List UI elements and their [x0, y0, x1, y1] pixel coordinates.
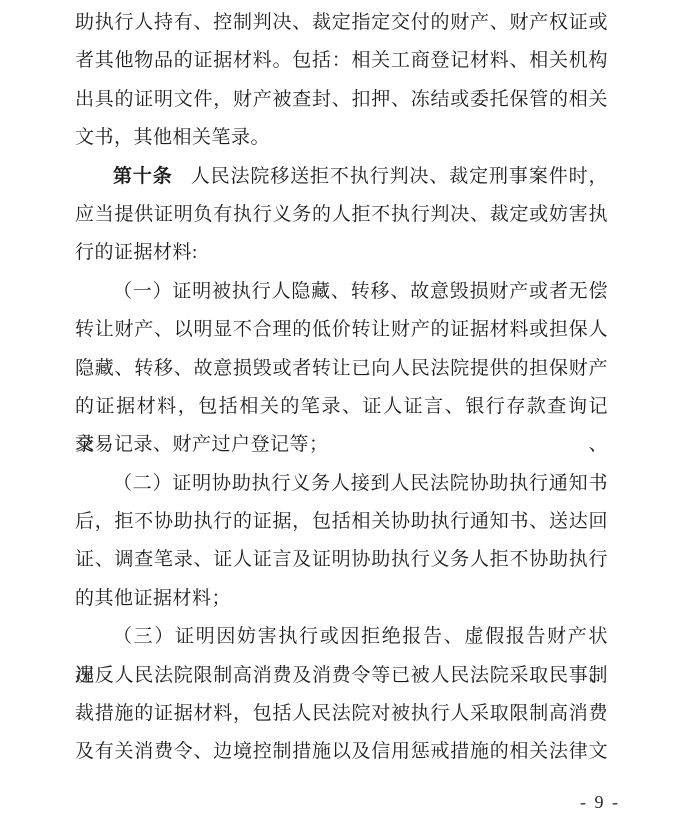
text-line: 隐藏、转移、故意损毁或者转让已向人民法院提供的担保财产	[75, 350, 608, 388]
text-line: 的证据材料，包括相关的笔录、证人证言、银行存款查询记录、	[75, 388, 608, 426]
text-line: 出具的证明文件，财产被查封、扣押、冻结或委托保管的相关	[75, 81, 608, 119]
text-line: 裁措施的证据材料，包括人民法院对被执行人采取限制高消费	[75, 695, 608, 733]
text-line: 文书，其他相关笔录。	[75, 119, 608, 157]
text-line: 应当提供证明负有执行义务的人拒不执行判决、裁定或妨害执	[75, 196, 608, 234]
text-line: 及有关消费令、边境控制措施以及信用惩戒措施的相关法律文	[75, 733, 608, 771]
text-line: 的其他证据材料；	[75, 580, 608, 618]
text-line: 助执行人持有、控制判决、裁定指定交付的财产、财产权证或	[75, 4, 608, 42]
page-number: - 9 -	[580, 792, 620, 813]
text-line: 者其他物品的证据材料。包括：相关工商登记材料、相关机构	[75, 42, 608, 80]
article-heading-line: 第十条人民法院移送拒不执行判决、裁定刑事案件时，	[75, 158, 608, 196]
article-number-label: 第十条	[113, 166, 173, 187]
text-line: 后，拒不协助执行的证据，包括相关协助执行通知书、送达回	[75, 503, 608, 541]
text-line: 行的证据材料:	[75, 234, 608, 272]
document-body: 助执行人持有、控制判决、裁定指定交付的财产、财产权证或 者其他物品的证据材料。包…	[75, 4, 608, 772]
item-first-line: （三）证明因妨害执行或因拒绝报告、虚假报告财产状况、	[75, 618, 608, 656]
text-line: 转让财产、以明显不合理的低价转让财产的证据材料或担保人	[75, 311, 608, 349]
item-first-line: （二）证明协助执行义务人接到人民法院协助执行通知书	[75, 465, 608, 503]
article-heading-text: 人民法院移送拒不执行判决、裁定刑事案件时，	[191, 166, 608, 187]
text-line: 违反人民法院限制高消费及消费令等已被人民法院采取民事制	[75, 657, 608, 695]
item-first-line: （一）证明被执行人隐藏、转移、故意毁损财产或者无偿	[75, 273, 608, 311]
document-page: 助执行人持有、控制判决、裁定指定交付的财产、财产权证或 者其他物品的证据材料。包…	[0, 0, 673, 837]
text-line: 证、调查笔录、证人证言及证明协助执行义务人拒不协助执行	[75, 541, 608, 579]
